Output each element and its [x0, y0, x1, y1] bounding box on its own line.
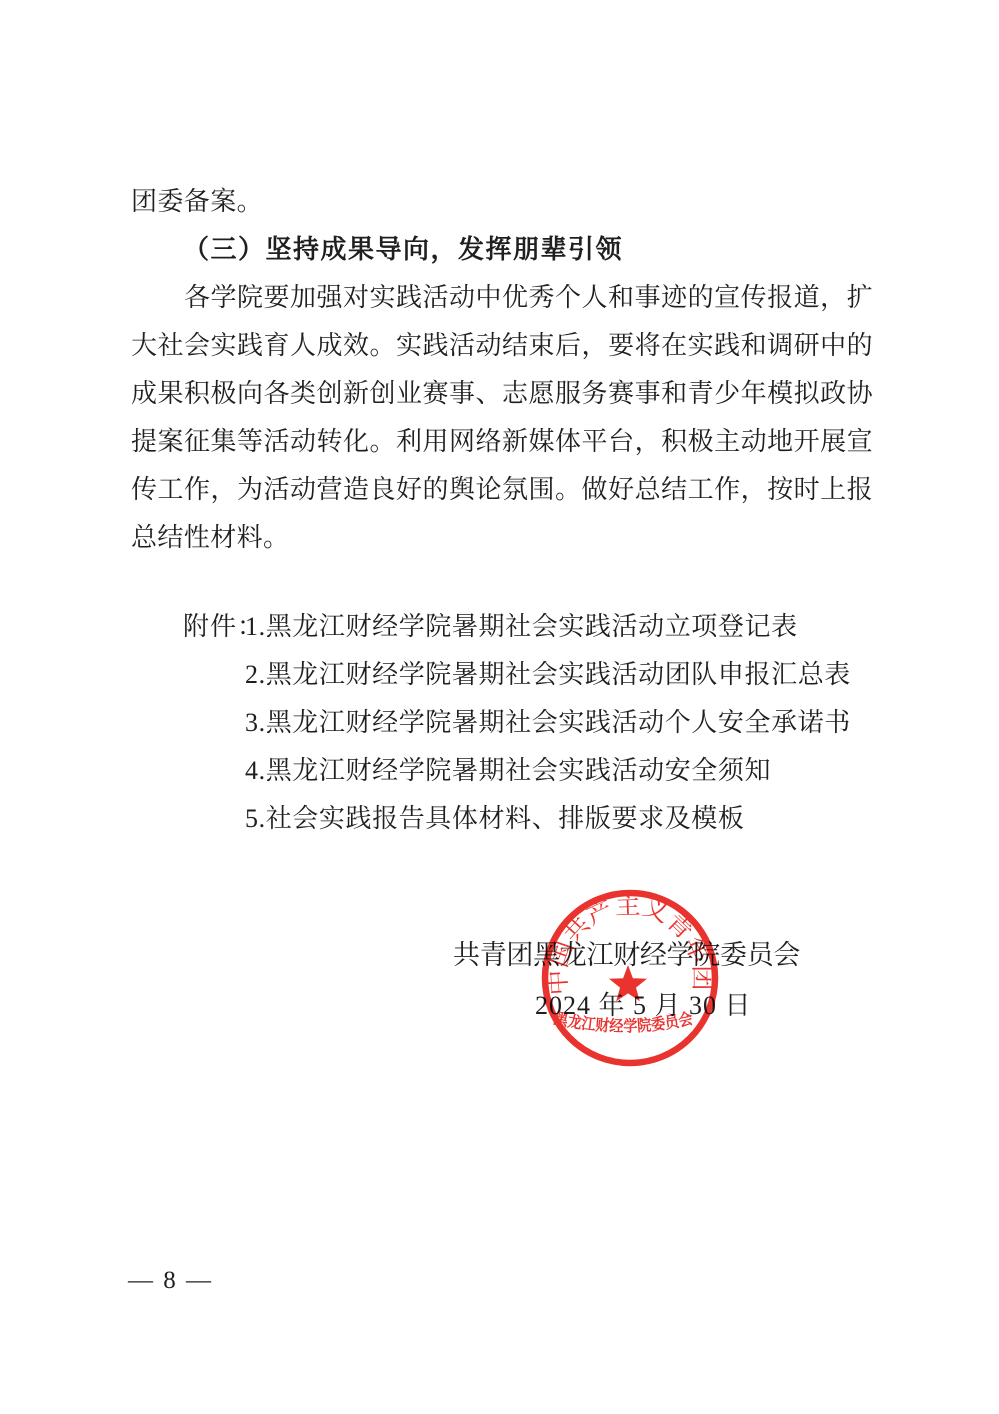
star-icon — [609, 965, 647, 1001]
body-line: 成果积极向各类创新创业赛事、志愿服务赛事和青少年模拟政协 — [131, 379, 873, 409]
body-line: 各学院要加强对实践活动中优秀个人和事迹的宣传报道，扩 — [131, 283, 873, 313]
seal-bottom-text: 黑龙江财经学院委员会 — [552, 1009, 694, 1036]
body-line: 传工作，为活动营造良好的舆论氛围。做好总结工作，按时上报 — [131, 475, 873, 505]
paragraph-continuation: 团委备案。 — [131, 187, 873, 217]
page-number: — 8 — — [128, 1266, 213, 1296]
section-heading: （三）坚持成果导向，发挥朋辈引领 — [183, 235, 623, 265]
body-line: 总结性材料。 — [131, 523, 873, 553]
body-line: 提案征集等活动转化。利用网络新媒体平台，积极主动地开展宣 — [131, 427, 873, 457]
body-line: 大社会实践育人成效。实践活动结束后，要将在实践和调研中的 — [131, 331, 873, 361]
attachment-item: 2.黑龙江财经学院暑期社会实践活动团队申报汇总表 — [245, 660, 851, 690]
attachment-item: 5.社会实践报告具体材料、排版要求及模板 — [245, 804, 745, 834]
official-seal: 中国共产主义青年团 黑龙江财经学院委员会 — [515, 863, 745, 1093]
attachment-item: 1.黑龙江财经学院暑期社会实践活动立项登记表 — [245, 612, 798, 642]
attachment-item: 3.黑龙江财经学院暑期社会实践活动个人安全承诺书 — [245, 708, 851, 738]
attachment-item: 4.黑龙江财经学院暑期社会实践活动安全须知 — [245, 756, 771, 786]
document-page: { "document": { "para_continuation": "团委… — [0, 0, 999, 1414]
